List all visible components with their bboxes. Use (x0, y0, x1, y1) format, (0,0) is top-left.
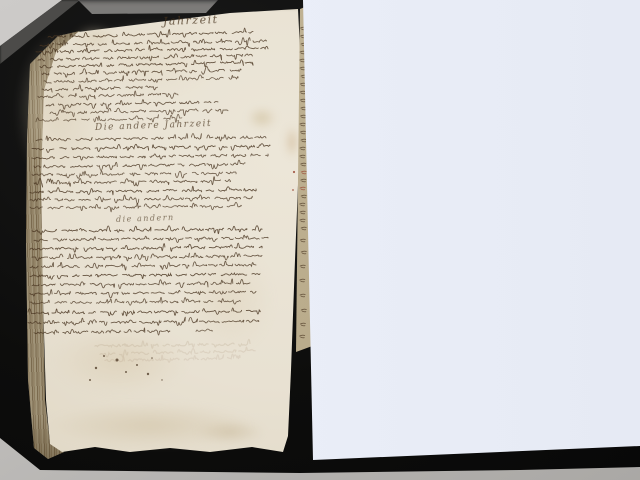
manuscript-heading: Jahrzeit (163, 13, 219, 28)
manuscript-heading: die andern (116, 213, 175, 224)
manuscript-heading: Die andere Jahrzeit (95, 119, 212, 133)
manuscript-photo: JahrzeitDie andere Jahrzeitdie andern (0, 0, 640, 480)
